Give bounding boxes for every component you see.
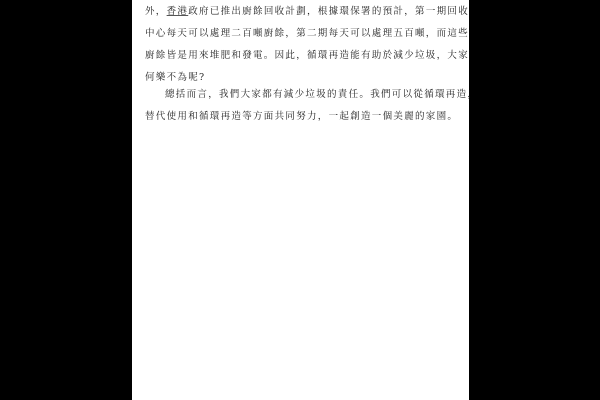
text-line: 中心每天可以處理二百噸廚餘，第二期每天可以處理五百噸，而這些 xyxy=(145,23,445,45)
document-page: 外，香港政府已推出廚餘回收計劃，根據環保署的預計，第一期回收 中心每天可以處理二… xyxy=(132,0,469,400)
paragraph-conclusion: 總括而言，我們大家都有減少垃圾的責任。我們可以從循環再造， 替代使用和循環再造等… xyxy=(145,84,445,128)
text-line: 總括而言，我們大家都有減少垃圾的責任。我們可以從循環再造， xyxy=(145,84,445,106)
text-segment: 外， xyxy=(145,6,167,17)
hong-kong-link[interactable]: 香港 xyxy=(167,6,189,17)
text-line: 替代使用和循環再造等方面共同努力，一起創造一個美麗的家園。 xyxy=(145,106,445,128)
paragraph-recycling-plan: 外，香港政府已推出廚餘回收計劃，根據環保署的預計，第一期回收 中心每天可以處理二… xyxy=(145,1,445,89)
text-segment: 政府已推出廚餘回收計劃，根據環保署的預計，第一期回收 xyxy=(188,6,469,17)
text-line: 外，香港政府已推出廚餘回收計劃，根據環保署的預計，第一期回收 xyxy=(145,1,445,23)
text-line: 廚餘皆是用來堆肥和發電。因此，循環再造能有助於減少垃圾，大家 xyxy=(145,45,445,67)
document-viewer: 外，香港政府已推出廚餘回收計劃，根據環保署的預計，第一期回收 中心每天可以處理二… xyxy=(0,0,600,400)
